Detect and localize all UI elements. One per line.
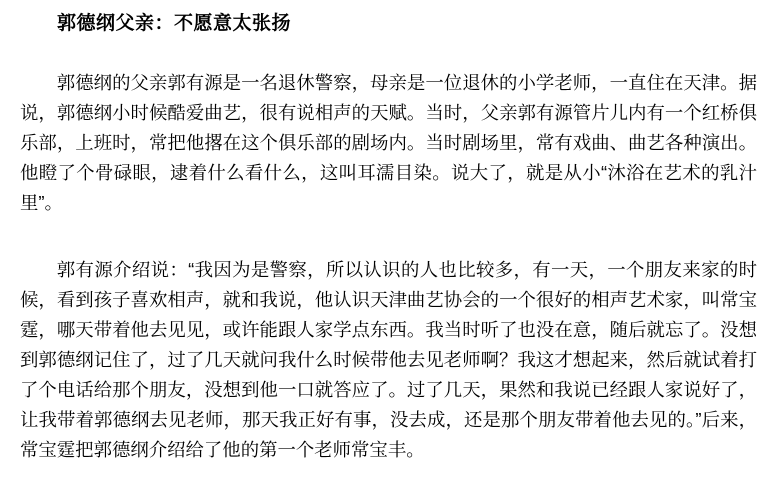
article-paragraph-1: 郭德纲的父亲郭有源是一名退休警察，母亲是一位退休的小学老师，一直住在天津。据说，… bbox=[20, 68, 757, 218]
document-page: 郭德纲父亲：不愿意太张扬 郭德纲的父亲郭有源是一名退休警察，母亲是一位退休的小学… bbox=[0, 0, 776, 479]
article-title: 郭德纲父亲：不愿意太张扬 bbox=[57, 13, 757, 34]
article-paragraph-2: 郭有源介绍说：“我因为是警察，所以认识的人也比较多，有一天，一个朋友来家的时候，… bbox=[20, 255, 757, 465]
article-body: 郭德纲的父亲郭有源是一名退休警察，母亲是一位退休的小学老师，一直住在天津。据说，… bbox=[20, 68, 757, 465]
